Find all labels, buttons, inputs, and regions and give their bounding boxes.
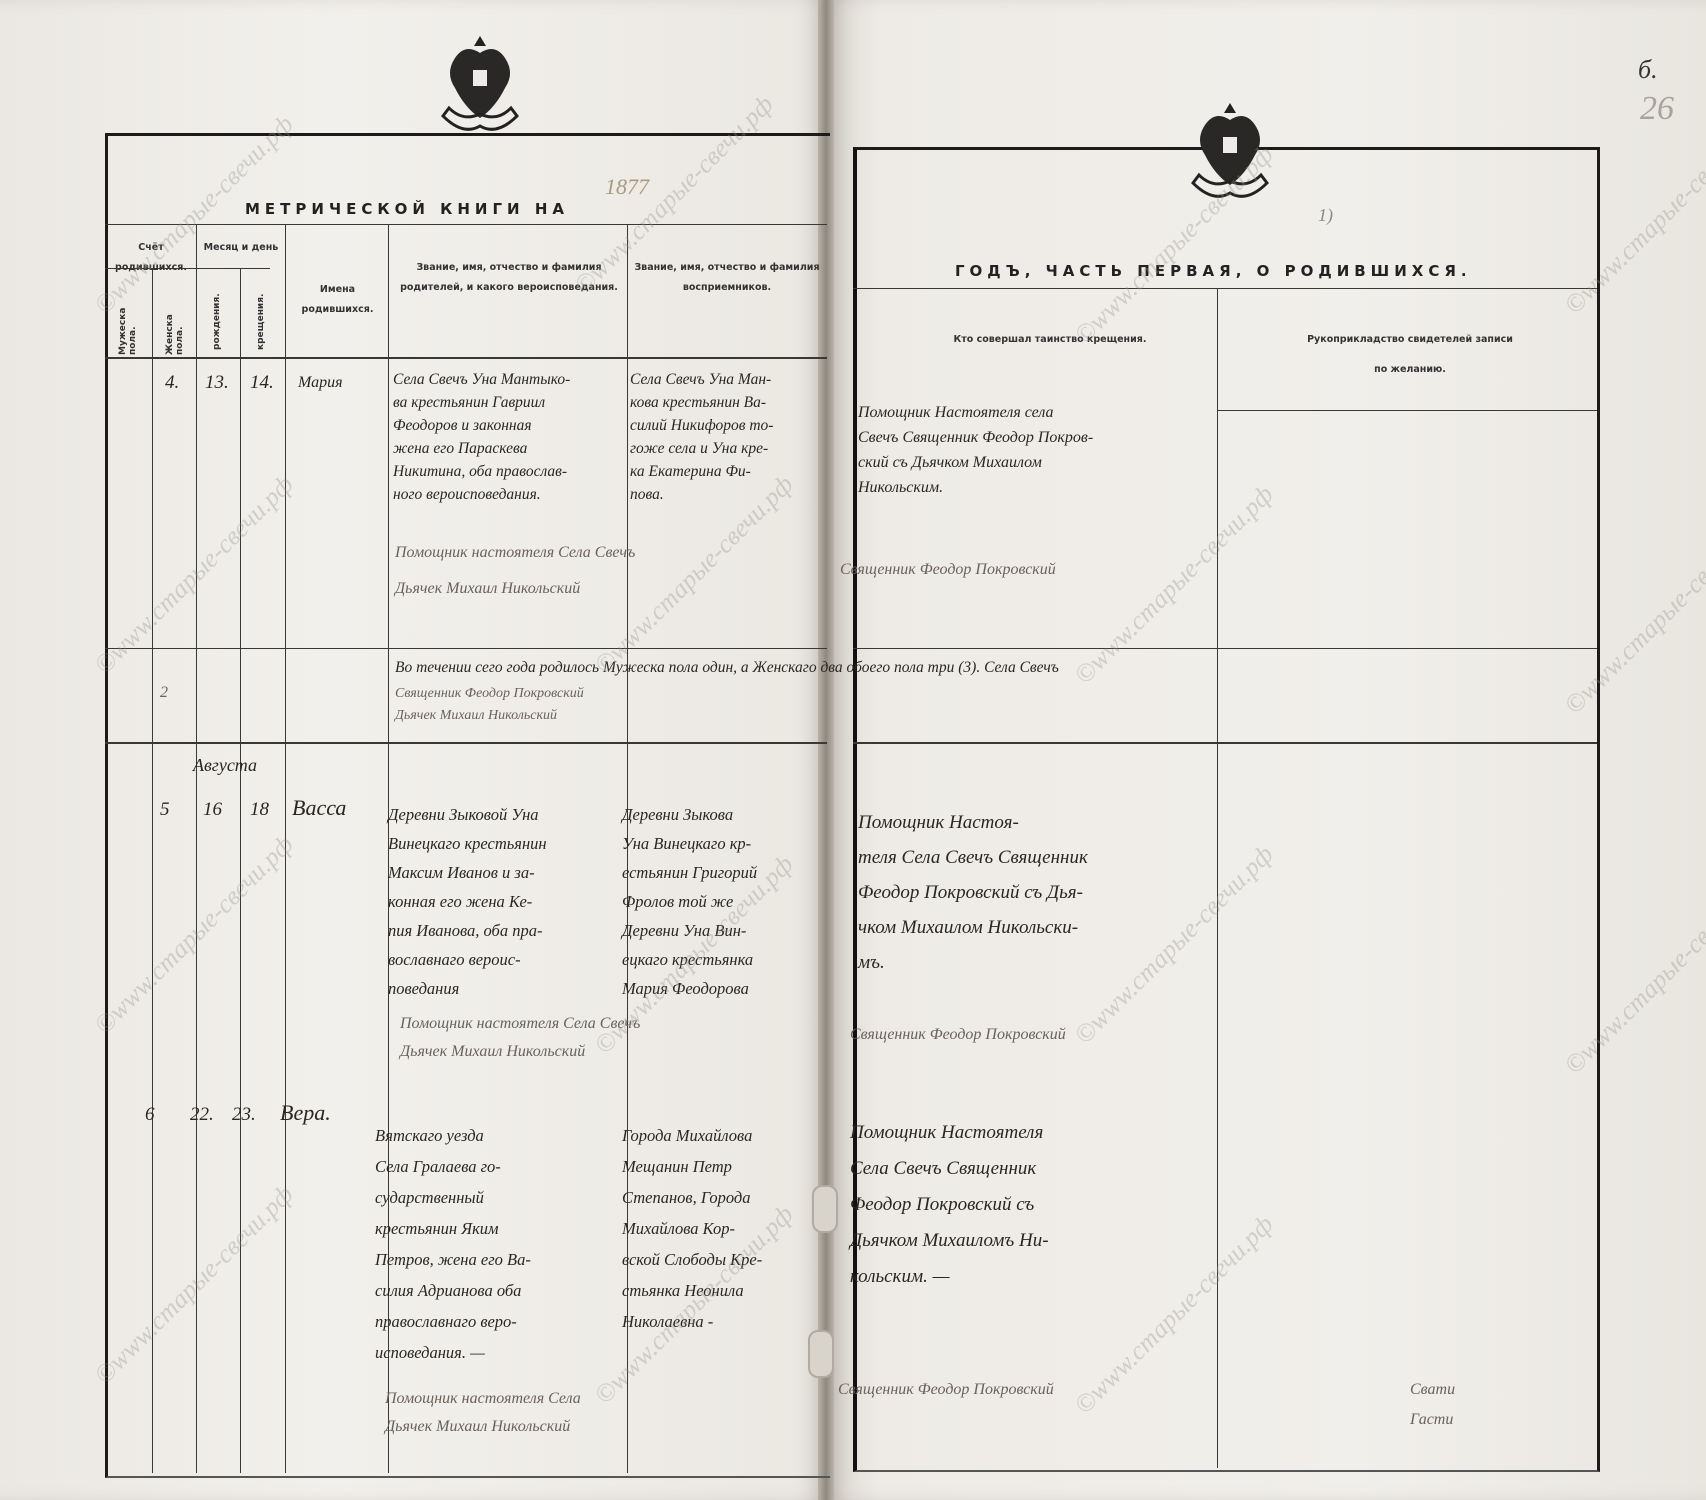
entry4-parents: Вятскаго уезда Села Гралаева го- сударст… [375,1120,531,1368]
entry1-child-name: Мария [298,368,343,398]
header-bottom-line [105,357,827,359]
entry3-child-name: Васса [292,793,346,823]
right-header-top-line [853,288,1597,289]
entry1-signature-left: Помощник настоятеля Села Свечъ Дьячек Ми… [395,535,635,607]
entry4-baptism-day: 23. [232,1100,256,1130]
imperial-eagle-crest-icon [425,28,535,138]
entry3-parents: Деревни Зыковой Уна Винецкаго крестьянин… [388,800,547,1003]
right-header-bottom-line [1217,410,1597,411]
entry2-signatures: Священник Феодор Покровский Дьячек Михаи… [395,683,584,727]
header-witnesses-by-wish: по желанию. [1350,360,1470,380]
entry3-priest: Помощник Настоя- теля Села Свечъ Священн… [858,805,1088,980]
entry1-female-no: 4. [165,368,179,398]
right-page-title: ГОДЪ, ЧАСТЬ ПЕРВАЯ, О РОДИВШИХСЯ. [955,262,1472,280]
col-line-birth [240,268,241,1473]
entry3-female-no: 5 [160,795,170,825]
register-year: 1877 [605,174,649,200]
entry4-birth-day: 22. [190,1100,214,1130]
col-line-male [152,268,153,1473]
entry1-parents: Села Свечъ Уна Мантыко- ва крестьянин Га… [393,368,570,506]
entry1-birth-day: 13. [205,368,229,398]
entry4-priest: Помощник Настоятеля Села Свечъ Священник… [850,1115,1049,1295]
col-line-female [196,224,197,1473]
entry3-birth-day: 16 [203,795,222,825]
entry3-month-label: Августа [193,750,257,780]
header-parents: Звание, имя, отчество и фамилия родителе… [395,258,623,298]
entry1-priest: Помощник Настоятеля села Свечъ Священник… [858,400,1093,500]
entry2-female-no: 2 [160,678,168,708]
header-male: Мужеска пола. [118,285,138,355]
entry1-baptism-day: 14. [250,368,274,398]
header-count-born: Счёт родившихся. [106,238,196,278]
page-number: 26 [1640,90,1674,128]
entry4-child-name: Вера. [280,1098,331,1128]
row-divider-1 [105,648,827,649]
entry3-baptism-day: 18 [250,795,269,825]
right-col-line-priest [1217,288,1218,1468]
entry3-godparents: Деревни Зыкова Уна Винецкаго кр- естьяни… [622,800,757,1003]
right-row-divider-1 [853,648,1597,649]
imperial-eagle-crest-icon-right [1175,95,1285,205]
entry4-female-no: 6 [145,1100,155,1130]
entry4-godparents: Города Михайлова Мещанин Петр Степанов, … [622,1120,762,1337]
entry3-signature-left: Помощник настоятеля Села Свечъ Дьячек Ми… [400,1010,640,1066]
col-line-baptism [285,224,286,1473]
small-pencil-mark: 1) [1318,205,1333,226]
row-divider-2 [105,742,827,744]
header-priest: Кто совершал таинство крещения. [900,330,1200,350]
header-child-name: Имена родившихся. [290,280,385,320]
entry4-witness-note: Свати Гасти [1410,1375,1455,1435]
entry1-godparents: Села Свечъ Уна Ман- кова крестьянин Ва- … [630,368,773,506]
header-top-line [105,224,827,225]
header-birth: рождения. [212,290,222,350]
entry2-summary-note: Во течении сего года родилось Мужеска по… [395,653,1059,683]
header-witnesses: Рукоприкладство свидетелей записи [1290,330,1530,350]
header-baptism: крещения. [256,290,266,350]
entry1-signature-right: Священник Феодор Покровский [840,555,1056,585]
header-female: Женска пола. [165,285,185,355]
page-corner-letter: б. [1638,55,1658,85]
header-godparents: Звание, имя, отчество и фамилия восприем… [632,258,822,298]
entry4-signature-right: Священник Феодор Покровский [838,1375,1054,1405]
left-page-title: МЕТРИЧЕСКОЙ КНИГИ НА [245,200,569,218]
entry3-signature-right: Священник Феодор Покровский [850,1020,1066,1050]
header-month-day: Месяц и день [197,238,285,258]
right-row-divider-2 [853,742,1597,744]
entry4-signature-left: Помощник настоятеля Села Дьячек Михаил Н… [385,1385,581,1441]
